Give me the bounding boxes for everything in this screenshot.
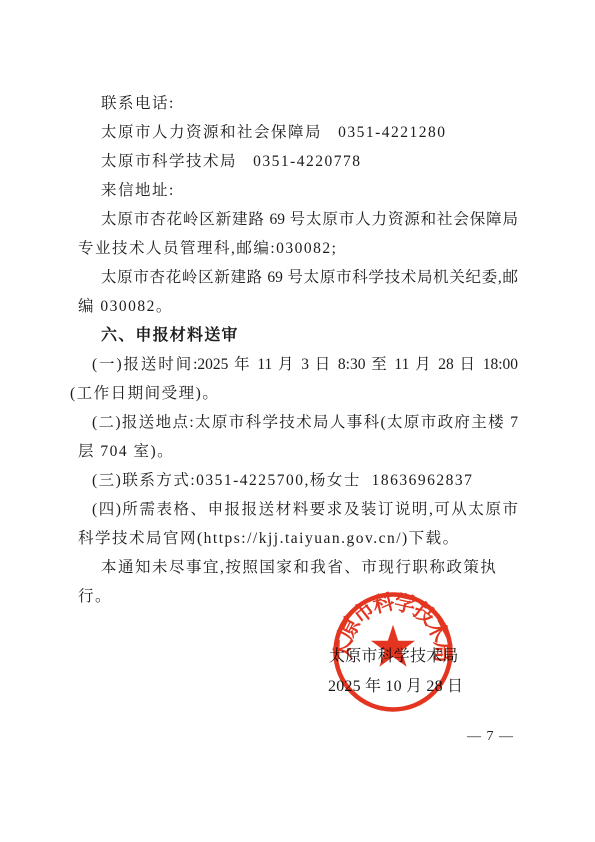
doc-line: 层 704 室)。 [78, 437, 518, 466]
body-text: 联系电话: 太原市人力资源和社会保障局 0351-4221280 太原市科学技术… [78, 89, 518, 582]
doc-line: (工作日期间受理)。 [78, 379, 518, 408]
doc-line: (二)报送地点:太原市科学技术局人事科(太原市政府主楼 7 [78, 408, 518, 437]
doc-line: 来信地址: [78, 176, 518, 205]
doc-line: 太原市杏花岭区新建路 69 号太原市科学技术局机关纪委,邮 [78, 263, 518, 292]
page-number: — 7 — [467, 727, 514, 747]
document-page: 联系电话: 太原市人力资源和社会保障局 0351-4221280 太原市科学技术… [0, 0, 595, 842]
doc-line: 太原市人力资源和社会保障局 0351-4221280 [78, 118, 518, 147]
signature-agency: 太原市科学技术局 [329, 646, 469, 668]
doc-line: (三)联系方式:0351-4225700,杨女士 18636962837 [78, 466, 518, 495]
doc-line: (一)报送时间:2025 年 11 月 3 日 8:30 至 11 月 28 日… [78, 350, 518, 379]
doc-line: (四)所需表格、申报报送材料要求及装订说明,可从太原市 [78, 495, 518, 524]
doc-line: 联系电话: [78, 89, 518, 118]
doc-line: 太原市杏花岭区新建路 69 号太原市人力资源和社会保障局 [78, 205, 518, 234]
section-heading: 六、申报材料送审 [78, 321, 518, 350]
doc-line: 本通知未尽事宜,按照国家和我省、市现行职称政策执行。 [78, 553, 518, 582]
doc-line: 太原市科学技术局 0351-4220778 [78, 147, 518, 176]
signature-date: 2025 年 10 月 28 日 [328, 676, 473, 698]
doc-line: 科学技术局官网(https://kjj.taiyuan.gov.cn/)下载。 [78, 524, 518, 553]
doc-line: 专业技术人员管理科,邮编:030082; [78, 234, 518, 263]
doc-line: 编 030082。 [78, 292, 518, 321]
